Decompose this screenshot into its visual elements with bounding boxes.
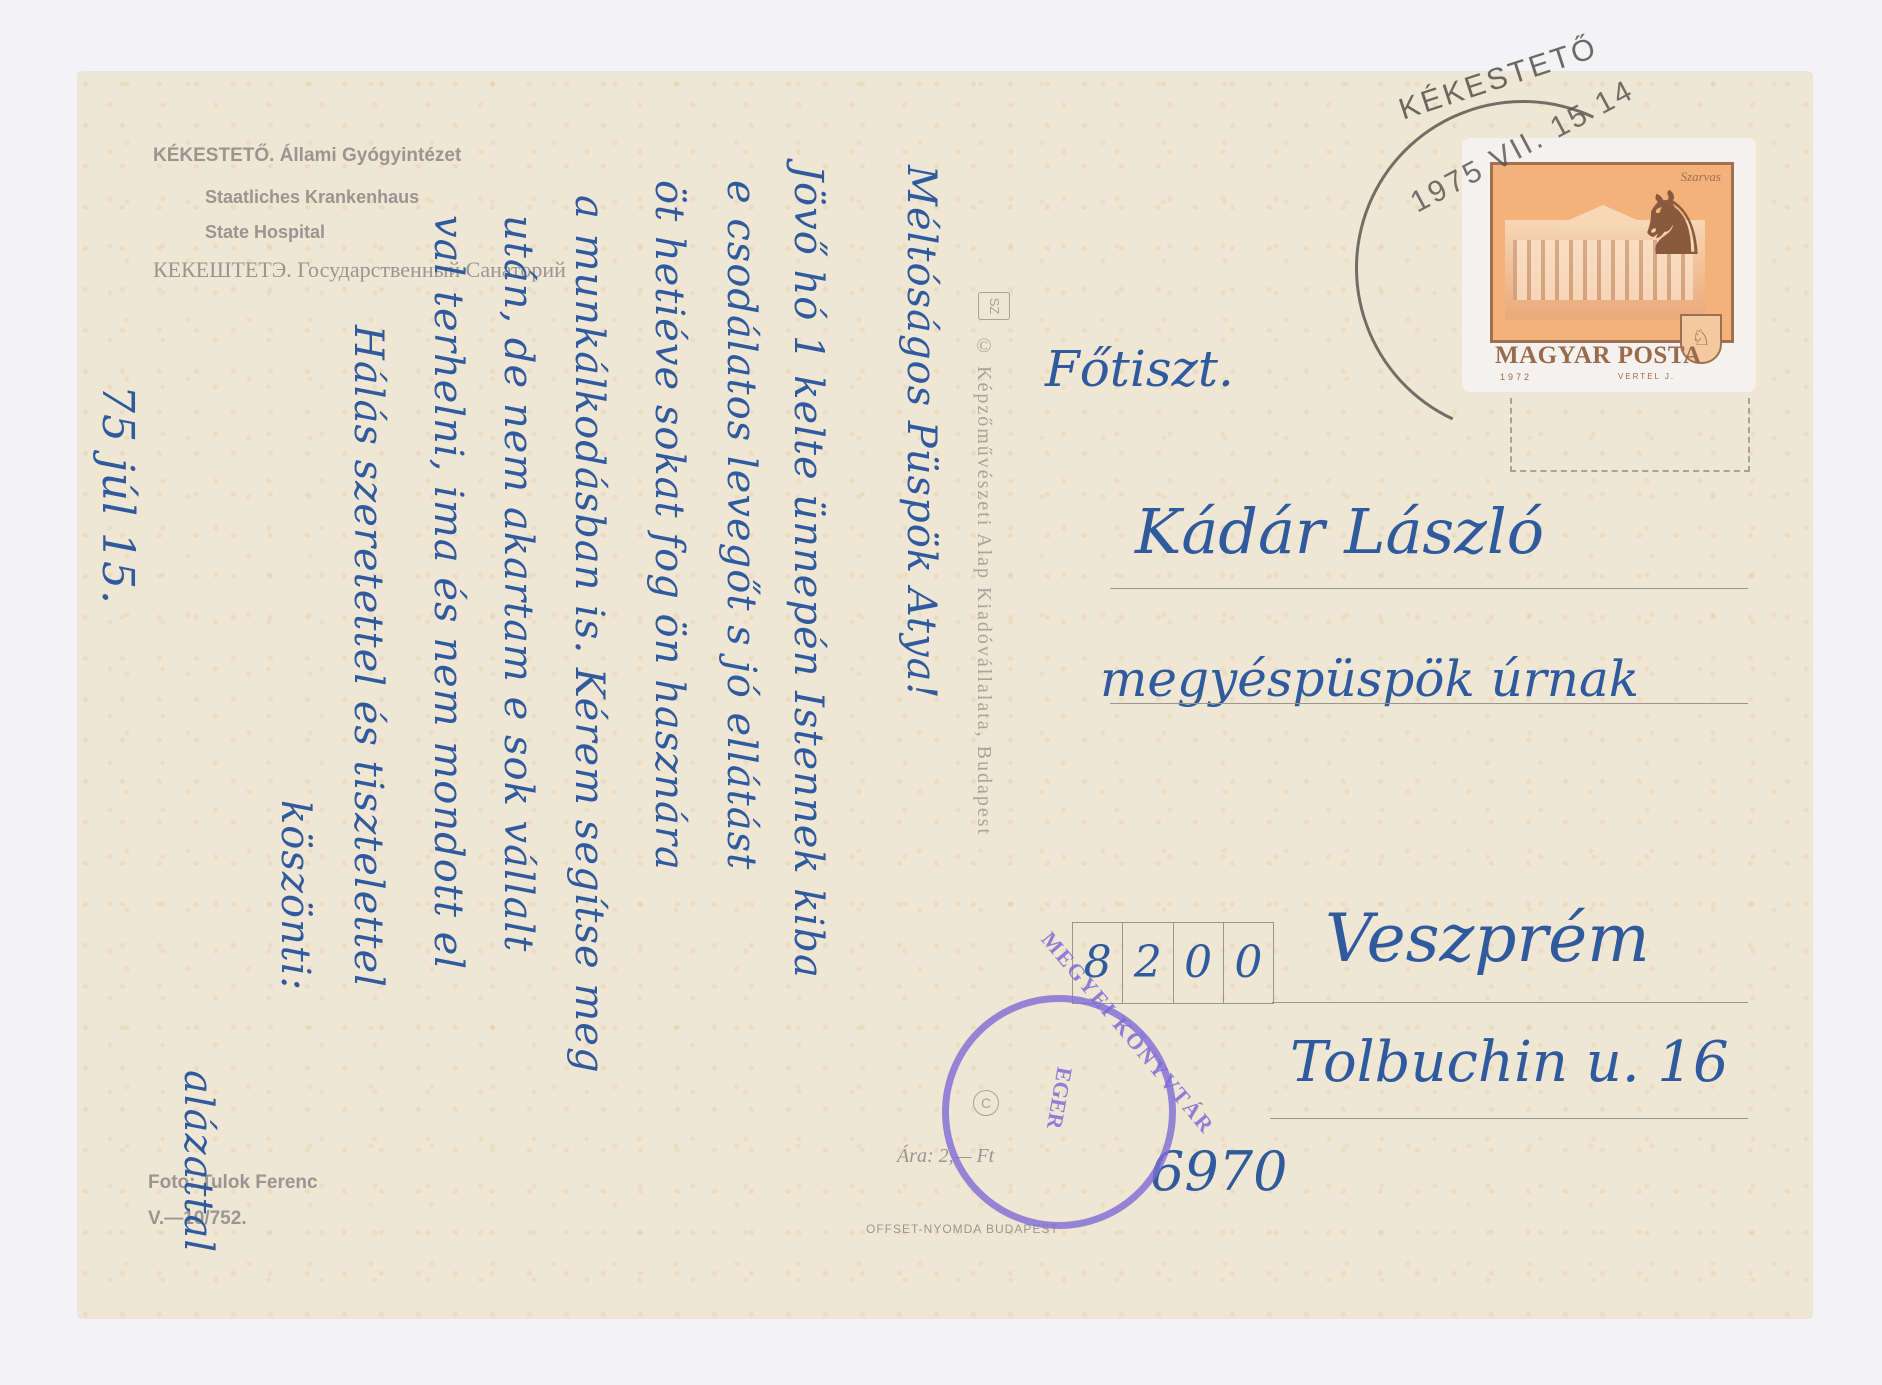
zip-digit: 0 [1224,923,1273,1003]
message-line-9: köszönti: [272,800,318,991]
photo-credit: Foto: Tulok Ferenc [148,1172,318,1194]
address-line-2 [1110,703,1748,704]
zip-digit: 2 [1123,923,1173,1003]
address-title: Főtiszt. [1045,340,1234,398]
message-line-2: Jövő hó 1 kelte ünnepén Istennek kiba [785,165,831,979]
address-line-1 [1110,588,1748,589]
message-line-1: Méltóságos Püspök Atya! [898,165,944,700]
address-city: Veszprém [1325,900,1650,977]
address-role: megyéspüspök úrnak [1100,650,1639,708]
address-street: Tolbuchin u. 16 [1290,1030,1729,1095]
message-line-3: e csodálatos levegőt s jó ellátást [718,180,764,870]
caption-hungarian: KÉKESTETŐ. Állami Gyógyintézet [153,145,461,167]
address-line-4 [1270,1118,1748,1119]
message-line-8: Hálás szeretettel és tisztelettel [345,325,391,988]
message-line-5: a munkálkodásban is. Kérem segítse meg [566,195,612,1074]
address-line-3 [1272,1002,1748,1003]
publisher-logo: SZ [978,292,1010,320]
publisher-text: © Képzőművészeti Alap Kiadóvállalata, Bu… [972,335,995,1125]
message-line-4: öt hetiéve sokat fog ön hasznára [646,180,692,871]
stamp-title: Szarvas [1681,169,1721,185]
caption-german: Staatliches Krankenhaus [205,187,419,208]
message-line-7: val terhelni, ima és nem mondott el [425,215,471,970]
handwritten-date: 75 júl 15. [92,385,143,605]
signature: alázattal [175,1070,221,1253]
library-number: 6970 [1150,1140,1287,1203]
message-line-6: után, de nem akartam e sok vállalt [495,215,541,952]
zip-digit: 0 [1174,923,1224,1003]
address-name: Kádár László [1135,495,1544,568]
caption-english: State Hospital [205,222,325,243]
